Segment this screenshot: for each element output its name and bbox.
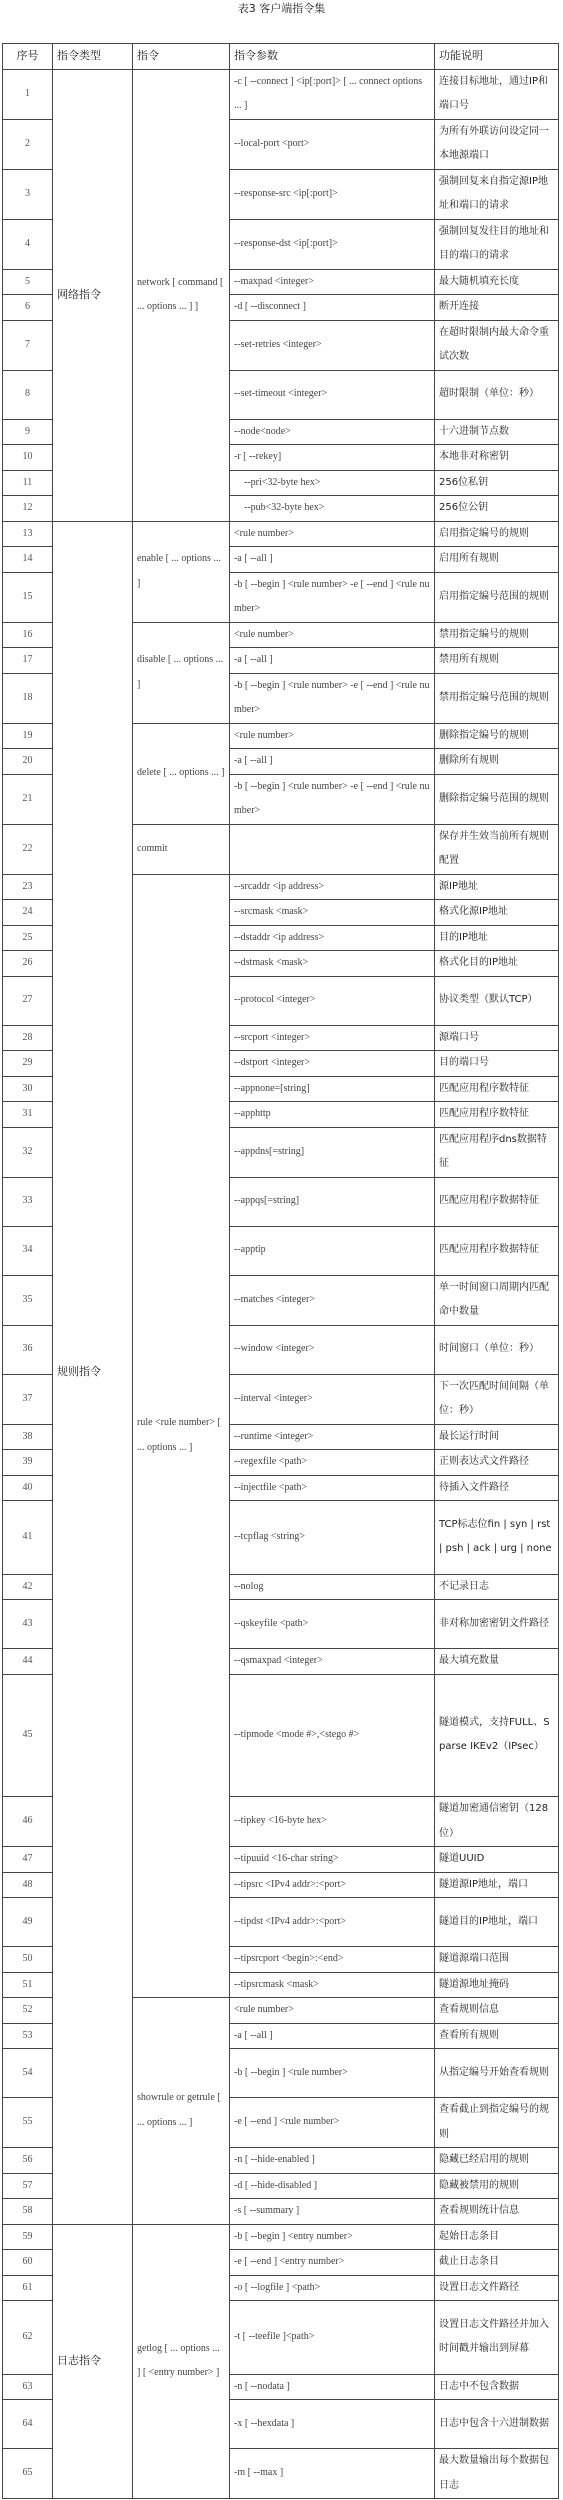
parameter-cell: -m [ --max ]	[230, 2449, 435, 2499]
parameter-cell: --window <integer>	[230, 1325, 435, 1374]
header-command: 指令	[133, 44, 230, 70]
description-cell: 隧道目的IP地址，端口	[435, 1898, 559, 1947]
description-cell: 匹配应用程序数特征	[435, 1102, 559, 1128]
row-number: 33	[3, 1177, 53, 1226]
description-cell: 连接目标地址，通过IP和端口号	[435, 69, 559, 119]
command-type-cell: 规则指令	[53, 521, 133, 2224]
parameter-cell: --set-timeout <integer>	[230, 370, 435, 419]
table-row: 1网络指令network [ command [ ... options ...…	[3, 69, 559, 119]
row-number: 55	[3, 2098, 53, 2148]
parameter-cell: --set-retries <integer>	[230, 320, 435, 370]
parameter-cell: --matches <integer>	[230, 1275, 435, 1325]
description-cell: 查看规则统计信息	[435, 2199, 559, 2225]
description-cell: 源端口号	[435, 1025, 559, 1051]
command-name-cell: rule <rule number> [ ... options ... ]	[133, 874, 230, 1998]
row-number: 57	[3, 2173, 53, 2199]
row-number: 5	[3, 269, 53, 295]
description-cell: 协议类型（默认TCP）	[435, 976, 559, 1025]
row-number: 39	[3, 1450, 53, 1476]
row-number: 10	[3, 445, 53, 471]
command-name-cell: showrule or getrule [ ... options ... ]	[133, 1998, 230, 2225]
description-cell: 禁用指定编号范围的规则	[435, 673, 559, 723]
row-number: 53	[3, 2023, 53, 2049]
description-cell: 查看所有规则	[435, 2023, 559, 2049]
description-cell: 最大填充数量	[435, 1649, 559, 1675]
description-cell: 匹配应用程序dns数据特征	[435, 1127, 559, 1177]
description-cell: 不记录日志	[435, 1574, 559, 1600]
row-number: 58	[3, 2199, 53, 2225]
parameter-cell: -a [ --all ]	[230, 2023, 435, 2049]
row-number: 17	[3, 648, 53, 674]
parameter-cell: --apptip	[230, 1226, 435, 1275]
row-number: 45	[3, 1674, 53, 1797]
parameter-cell: -t [ --teefile ]<path>	[230, 2301, 435, 2375]
row-number: 19	[3, 723, 53, 749]
description-cell: 查看规则信息	[435, 1998, 559, 2024]
row-number: 61	[3, 2275, 53, 2301]
parameter-cell: --tipsrcmask <mask>	[230, 1972, 435, 1998]
description-cell: 断开连接	[435, 295, 559, 321]
description-cell: 隧道加密通信密钥（128位）	[435, 1797, 559, 1847]
description-cell: 为所有外联访问设定同一本地源端口	[435, 119, 559, 169]
description-cell: 格式化目的IP地址	[435, 951, 559, 977]
row-number: 18	[3, 673, 53, 723]
parameter-cell: <rule number>	[230, 521, 435, 547]
parameter-cell: --qsmaxpad <integer>	[230, 1649, 435, 1675]
parameter-cell: --tipsrc <IPv4 addr>:<port>	[230, 1872, 435, 1898]
parameter-cell: --appdns[=string]	[230, 1127, 435, 1177]
parameter-cell: -b [ --begin ] <entry number>	[230, 2224, 435, 2250]
description-cell: 单一时间窗口周期内匹配命中数量	[435, 1275, 559, 1325]
command-name-cell: enable [ ... options ... ]	[133, 521, 230, 622]
parameter-cell: -b [ --begin ] <rule number> -e [ --end …	[230, 572, 435, 622]
row-number: 34	[3, 1226, 53, 1275]
parameter-cell: --srcport <integer>	[230, 1025, 435, 1051]
description-cell: 截止日志条目	[435, 2250, 559, 2276]
parameter-cell: --injectfile <path>	[230, 1475, 435, 1501]
row-number: 62	[3, 2301, 53, 2375]
description-cell: 在超时限制内最大命令重试次数	[435, 320, 559, 370]
row-number: 13	[3, 521, 53, 547]
table-body: 1网络指令network [ command [ ... options ...…	[3, 69, 559, 2499]
description-cell: 强制回复发往目的地址和目的端口的请求	[435, 219, 559, 269]
parameter-cell: --local-port <port>	[230, 119, 435, 169]
row-number: 3	[3, 169, 53, 219]
description-cell: 删除指定编号的规则	[435, 723, 559, 749]
row-number: 64	[3, 2400, 53, 2449]
parameter-cell: --apphttp	[230, 1102, 435, 1128]
description-cell: 隧道源端口范围	[435, 1947, 559, 1973]
parameter-cell: <rule number>	[230, 622, 435, 648]
description-cell: 匹配应用程序数特征	[435, 1076, 559, 1102]
row-number: 12	[3, 496, 53, 522]
parameter-cell: --response-src <ip[:port]>	[230, 169, 435, 219]
row-number: 60	[3, 2250, 53, 2276]
description-cell: 非对称加密密钥文件路径	[435, 1600, 559, 1649]
description-cell: 强制回复来自指定源IP地址和端口的请求	[435, 169, 559, 219]
description-cell: 目的端口号	[435, 1051, 559, 1077]
parameter-cell: <rule number>	[230, 1998, 435, 2024]
row-number: 38	[3, 1424, 53, 1450]
row-number: 20	[3, 749, 53, 775]
parameter-cell: --response-dst <ip[:port]>	[230, 219, 435, 269]
table-caption: 表3 客户端指令集	[0, 0, 563, 20]
parameter-cell: -a [ --all ]	[230, 648, 435, 674]
command-name-cell: delete [ ... options ... ]	[133, 723, 230, 824]
command-type-cell: 日志指令	[53, 2224, 133, 2499]
row-number: 4	[3, 219, 53, 269]
row-number: 36	[3, 1325, 53, 1374]
parameter-cell	[230, 824, 435, 874]
row-number: 31	[3, 1102, 53, 1128]
parameter-cell: -a [ --all ]	[230, 749, 435, 775]
header-no: 序号	[3, 44, 53, 70]
table-row: 13规则指令enable [ ... options ... ]<rule nu…	[3, 521, 559, 547]
parameter-cell: -s [ --summary ]	[230, 2199, 435, 2225]
parameter-cell: --appqs[=string]	[230, 1177, 435, 1226]
description-cell: 删除指定编号范围的规则	[435, 774, 559, 824]
row-number: 2	[3, 119, 53, 169]
parameter-cell: --interval <integer>	[230, 1374, 435, 1424]
parameter-cell: --maxpad <integer>	[230, 269, 435, 295]
row-number: 29	[3, 1051, 53, 1077]
description-cell: 256位私钥	[435, 470, 559, 496]
row-number: 41	[3, 1501, 53, 1575]
row-number: 35	[3, 1275, 53, 1325]
description-cell: 从指定编号开始查看规则	[435, 2049, 559, 2098]
description-cell: 下一次匹配时间间隔（单位：秒）	[435, 1374, 559, 1424]
description-cell: 删除所有规则	[435, 749, 559, 775]
row-number: 43	[3, 1600, 53, 1649]
header-params: 指令参数	[230, 44, 435, 70]
row-number: 46	[3, 1797, 53, 1847]
parameter-cell: -b [ --begin ] <rule number> -e [ --end …	[230, 774, 435, 824]
description-cell: 保存并生效当前所有规则配置	[435, 824, 559, 874]
table-row: 59日志指令getlog [ ... options ... ] [ <entr…	[3, 2224, 559, 2250]
description-cell: 隧道UUID	[435, 1847, 559, 1873]
parameter-cell: --tipdst <IPv4 addr>:<port>	[230, 1898, 435, 1947]
parameter-cell: --dstaddr <ip address>	[230, 925, 435, 951]
parameter-cell: -x [ --hexdata ]	[230, 2400, 435, 2449]
description-cell: 禁用所有规则	[435, 648, 559, 674]
parameter-cell: --tipmode <mode #>,<stego #>	[230, 1674, 435, 1797]
command-table: 序号 指令类型 指令 指令参数 功能说明 1网络指令network [ comm…	[2, 43, 559, 2499]
parameter-cell: --tipkey <16-byte hex>	[230, 1797, 435, 1847]
row-number: 28	[3, 1025, 53, 1051]
description-cell: 最大随机填充长度	[435, 269, 559, 295]
row-number: 1	[3, 69, 53, 119]
row-number: 26	[3, 951, 53, 977]
row-number: 52	[3, 1998, 53, 2024]
command-name-cell: network [ command [ ... options ... ] ]	[133, 69, 230, 521]
row-number: 24	[3, 900, 53, 926]
row-number: 14	[3, 547, 53, 573]
description-cell: TCP标志位fin | syn | rst | psh | ack | urg …	[435, 1501, 559, 1575]
description-cell: 启用指定编号的规则	[435, 521, 559, 547]
parameter-cell: -d [ --disconnect ]	[230, 295, 435, 321]
row-number: 51	[3, 1972, 53, 1998]
description-cell: 隐藏被禁用的规则	[435, 2173, 559, 2199]
row-number: 63	[3, 2374, 53, 2400]
row-number: 32	[3, 1127, 53, 1177]
description-cell: 256位公钥	[435, 496, 559, 522]
description-cell: 起始日志条目	[435, 2224, 559, 2250]
parameter-cell: -e [ --end ] <rule number>	[230, 2098, 435, 2148]
row-number: 16	[3, 622, 53, 648]
description-cell: 隧道源地址掩码	[435, 1972, 559, 1998]
description-cell: 隐藏已经启用的规则	[435, 2148, 559, 2174]
description-cell: 启用指定编号范围的规则	[435, 572, 559, 622]
parameter-cell: -d [ --hide-disabled ]	[230, 2173, 435, 2199]
row-number: 21	[3, 774, 53, 824]
row-number: 56	[3, 2148, 53, 2174]
description-cell: 启用所有规则	[435, 547, 559, 573]
description-cell: 时间窗口（单位：秒）	[435, 1325, 559, 1374]
description-cell: 设置日志文件路径	[435, 2275, 559, 2301]
description-cell: 待插入文件路径	[435, 1475, 559, 1501]
parameter-cell: --pri<32-byte hex>	[230, 470, 435, 496]
row-number: 49	[3, 1898, 53, 1947]
parameter-cell: -b [ --begin ] <rule number> -e [ --end …	[230, 673, 435, 723]
parameter-cell: --pub<32-byte hex>	[230, 496, 435, 522]
description-cell: 查看截止到指定编号的规则	[435, 2098, 559, 2148]
parameter-cell: --protocol <integer>	[230, 976, 435, 1025]
parameter-cell: --srcaddr <ip address>	[230, 874, 435, 900]
row-number: 15	[3, 572, 53, 622]
parameter-cell: --appnone=[string]	[230, 1076, 435, 1102]
table-header-row: 序号 指令类型 指令 指令参数 功能说明	[3, 44, 559, 70]
row-number: 37	[3, 1374, 53, 1424]
command-name-cell: getlog [ ... options ... ] [ <entry numb…	[133, 2224, 230, 2499]
parameter-cell: --tipuuid <16-char string>	[230, 1847, 435, 1873]
description-cell: 日志中不包含数据	[435, 2374, 559, 2400]
description-cell: 源IP地址	[435, 874, 559, 900]
row-number: 42	[3, 1574, 53, 1600]
description-cell: 目的IP地址	[435, 925, 559, 951]
row-number: 54	[3, 2049, 53, 2098]
parameter-cell: -n [ --nodata ]	[230, 2374, 435, 2400]
parameter-cell: --node<node>	[230, 419, 435, 445]
description-cell: 超时限制（单位：秒）	[435, 370, 559, 419]
description-cell: 设置日志文件路径并加入时间戳并输出到屏幕	[435, 2301, 559, 2375]
row-number: 27	[3, 976, 53, 1025]
parameter-cell: -c [ --connect ] <ip[:port]> [ ... conne…	[230, 69, 435, 119]
row-number: 44	[3, 1649, 53, 1675]
row-number: 9	[3, 419, 53, 445]
description-cell: 匹配应用程序数据特征	[435, 1177, 559, 1226]
parameter-cell: -a [ --all ]	[230, 547, 435, 573]
header-type: 指令类型	[53, 44, 133, 70]
row-number: 30	[3, 1076, 53, 1102]
parameter-cell: --tcpflag <string>	[230, 1501, 435, 1575]
row-number: 7	[3, 320, 53, 370]
row-number: 65	[3, 2449, 53, 2499]
command-name-cell: disable [ ... options ... ]	[133, 622, 230, 723]
description-cell: 禁用指定编号的规则	[435, 622, 559, 648]
description-cell: 日志中包含十六进制数据	[435, 2400, 559, 2449]
row-number: 8	[3, 370, 53, 419]
parameter-cell: --dstport <integer>	[230, 1051, 435, 1077]
parameter-cell: -b [ --begin ] <rule number>	[230, 2049, 435, 2098]
row-number: 40	[3, 1475, 53, 1501]
parameter-cell: -r [ --rekey]	[230, 445, 435, 471]
parameter-cell: -n [ --hide-enabled ]	[230, 2148, 435, 2174]
parameter-cell: --runtime <integer>	[230, 1424, 435, 1450]
command-name-cell: commit	[133, 824, 230, 874]
parameter-cell: -e [ --end ] <entry number>	[230, 2250, 435, 2276]
row-number: 22	[3, 824, 53, 874]
parameter-cell: -o [ --logfile ] <path>	[230, 2275, 435, 2301]
description-cell: 本地非对称密钥	[435, 445, 559, 471]
description-cell: 十六进制节点数	[435, 419, 559, 445]
header-description: 功能说明	[435, 44, 559, 70]
row-number: 47	[3, 1847, 53, 1873]
row-number: 25	[3, 925, 53, 951]
row-number: 48	[3, 1872, 53, 1898]
parameter-cell: <rule number>	[230, 723, 435, 749]
parameter-cell: --qskeyfile <path>	[230, 1600, 435, 1649]
description-cell: 隧道模式，支持FULL、Sparse IKEv2（IPsec）	[435, 1674, 559, 1797]
row-number: 6	[3, 295, 53, 321]
description-cell: 匹配应用程序数据特征	[435, 1226, 559, 1275]
parameter-cell: --dstmask <mask>	[230, 951, 435, 977]
description-cell: 隧道源IP地址，端口	[435, 1872, 559, 1898]
row-number: 11	[3, 470, 53, 496]
row-number: 50	[3, 1947, 53, 1973]
description-cell: 最大数量输出每个数据包日志	[435, 2449, 559, 2499]
parameter-cell: --nolog	[230, 1574, 435, 1600]
command-type-cell: 网络指令	[53, 69, 133, 521]
row-number: 23	[3, 874, 53, 900]
description-cell: 格式化源IP地址	[435, 900, 559, 926]
row-number: 59	[3, 2224, 53, 2250]
parameter-cell: --regexfile <path>	[230, 1450, 435, 1476]
description-cell: 最长运行时间	[435, 1424, 559, 1450]
parameter-cell: --srcmask <mask>	[230, 900, 435, 926]
description-cell: 正则表达式文件路径	[435, 1450, 559, 1476]
parameter-cell: --tipsrcport <begin>:<end>	[230, 1947, 435, 1973]
